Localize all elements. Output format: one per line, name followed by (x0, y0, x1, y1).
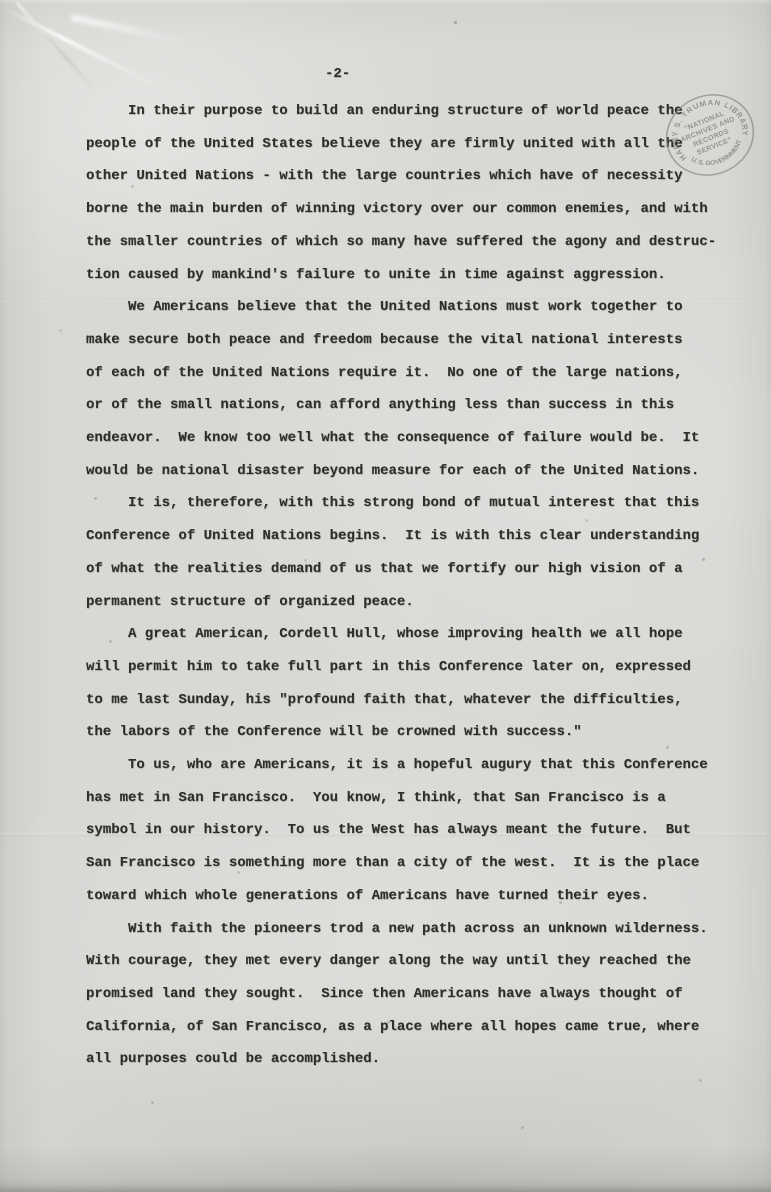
paper-crease (2, 6, 173, 96)
paper-crease (71, 14, 219, 51)
paragraph-1: In their purpose to build an enduring st… (86, 95, 746, 291)
scanned-page: -2- In their purpose to build an endurin… (0, 0, 771, 1192)
scan-speckles (0, 0, 1, 1)
paragraph-2: We Americans believe that the United Nat… (86, 291, 746, 487)
paragraph-5: To us, who are Americans, it is a hopefu… (86, 749, 746, 913)
paragraph-3: It is, therefore, with this strong bond … (86, 487, 746, 618)
page-number: -2- (325, 66, 350, 82)
typewritten-text: In their purpose to build an enduring st… (86, 95, 746, 1076)
paper-crease (16, 2, 99, 93)
paragraph-4: A great American, Cordell Hull, whose im… (86, 618, 746, 749)
paragraph-6: With faith the pioneers trod a new path … (86, 913, 746, 1077)
